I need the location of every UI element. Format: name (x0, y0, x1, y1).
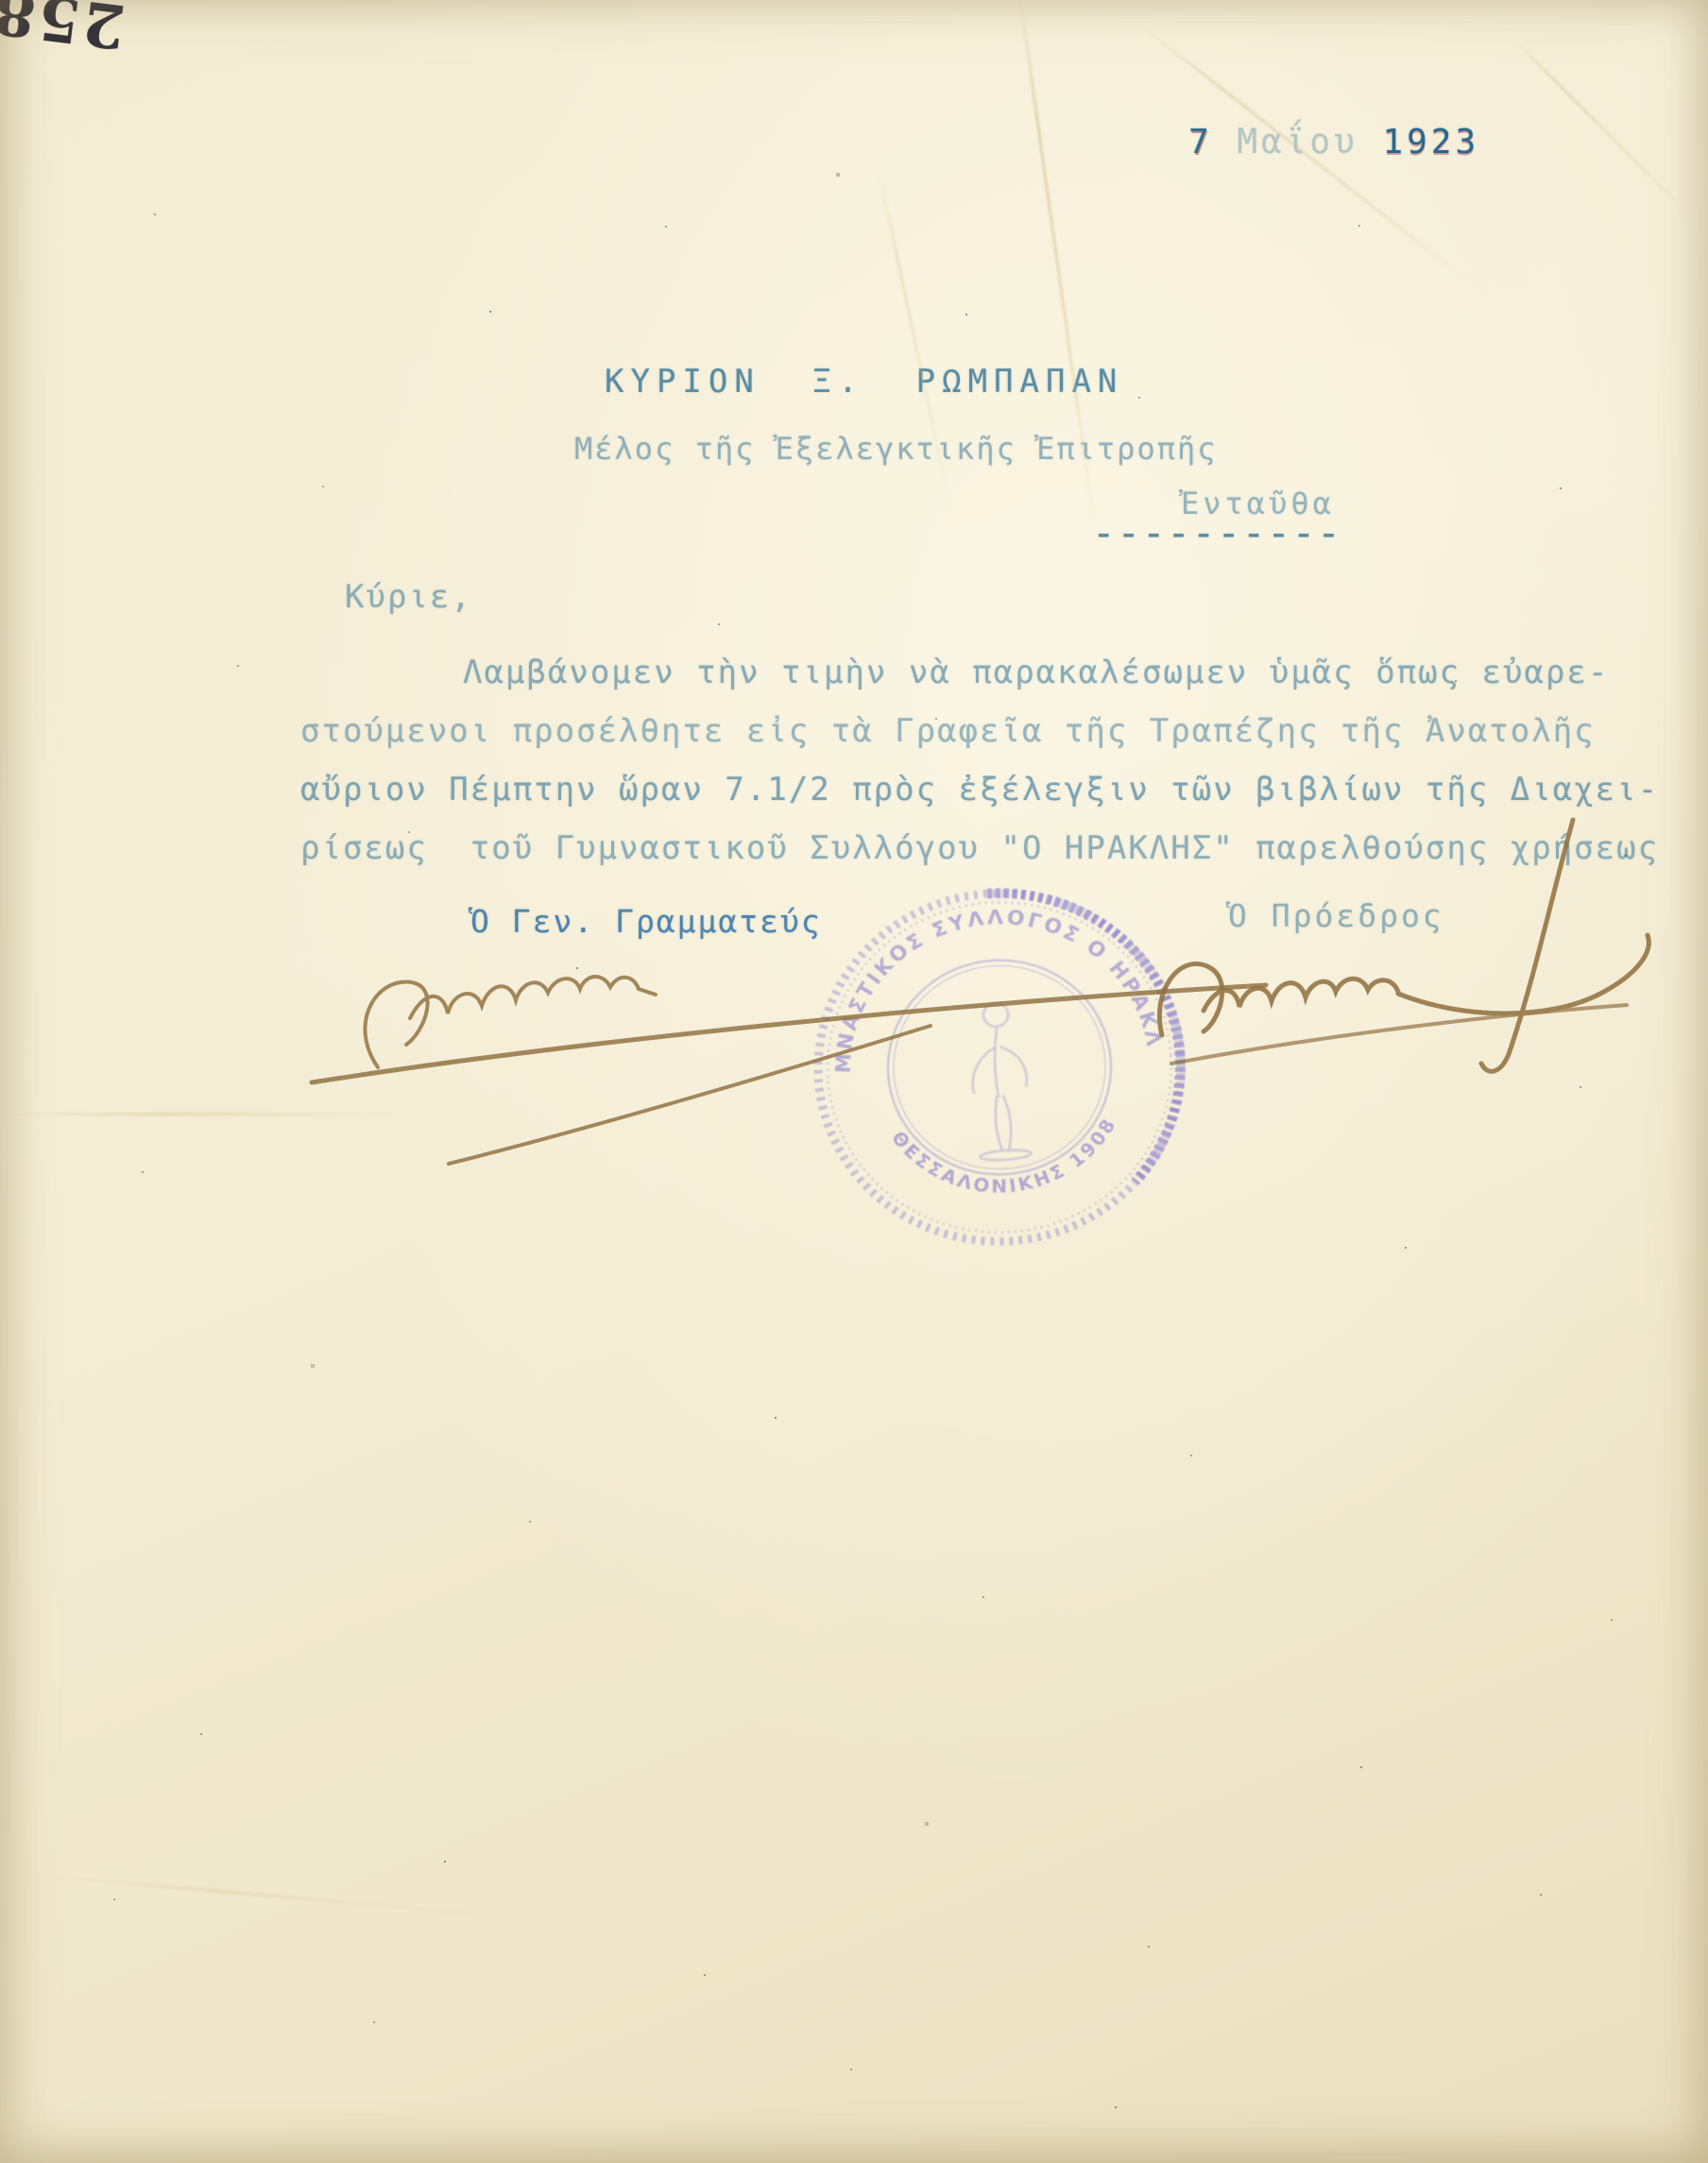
recipient-name: ΚΥΡΙΟΝ Ξ. ΡΩΜΠΑΠΑΝ (605, 363, 1123, 400)
date-line: 7 Μαΐου 1923 (1188, 123, 1479, 162)
body-line-1: Λαμβάνομεν τὴν τιμὴν νὰ παρακαλέσωμεν ὑμ… (463, 654, 1609, 691)
recipient-title: Μέλος τῆς Ἐξελεγκτικῆς Ἐπιτροπῆς (574, 431, 1218, 467)
date-day: 7 (1188, 123, 1213, 162)
secretary-signature (312, 977, 1266, 1164)
paper-crease (1511, 36, 1693, 218)
president-signature (1159, 820, 1648, 1071)
salutation: Κύριε, (345, 578, 472, 616)
divider-dashes: ---------- (1094, 521, 1344, 548)
date-month: Μαΐου (1237, 123, 1358, 162)
paper-crease (29, 1873, 500, 1917)
date-year: 1923 (1382, 123, 1479, 162)
paper-crease (878, 170, 957, 529)
archive-number: 258 (0, 0, 129, 61)
signature-flourish (1481, 820, 1573, 1071)
recipient-location: Ἐνταῦθα (1181, 485, 1335, 521)
scanned-letter-page: 258 7 Μαΐου 1923 ΚΥΡΙΟΝ Ξ. ΡΩΜΠΑΠΑΝ Μέλο… (0, 0, 1708, 2163)
body-line-2: στούμενοι προσέλθητε εἰς τὰ Γραφεῖα τῆς … (300, 712, 1596, 750)
signatures-layer (236, 793, 1700, 1200)
